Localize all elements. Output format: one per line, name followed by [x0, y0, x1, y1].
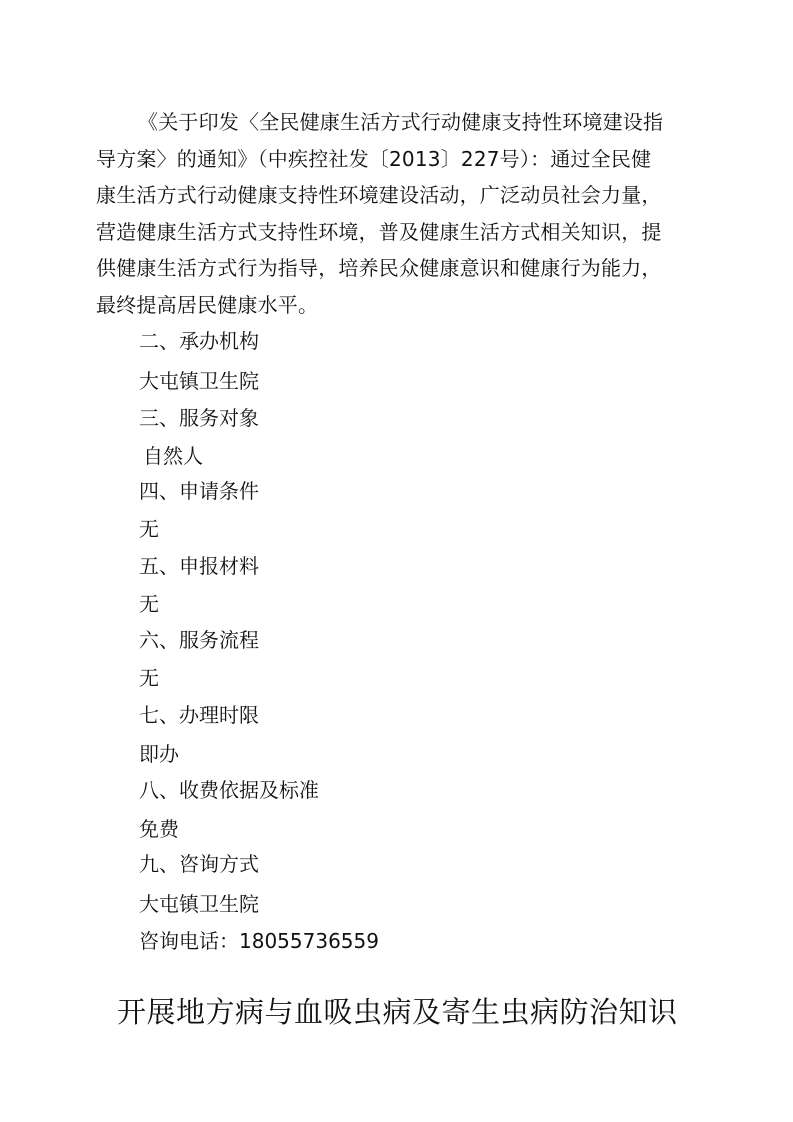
section-heading-process: 六、服务流程 [139, 626, 259, 654]
paragraph-line: 最终提高居民健康水平。 [96, 287, 688, 324]
section-content-organizer: 大屯镇卫生院 [139, 367, 259, 395]
section-content-contact-org: 大屯镇卫生院 [139, 890, 259, 918]
section-heading-conditions: 四、申请条件 [139, 477, 259, 505]
section-heading-service-target: 三、服务对象 [139, 404, 259, 432]
contact-phone: 咨询电话：18055736559 [139, 927, 379, 955]
paragraph-line: 康生活方式行动健康支持性环境建设活动，广泛动员社会力量， [96, 177, 688, 214]
section-content-process: 无 [139, 664, 159, 692]
section-heading-fees: 八、收费依据及标准 [139, 776, 319, 804]
section-heading-time-limit: 七、办理时限 [139, 701, 259, 729]
section-content-conditions: 无 [139, 515, 159, 543]
paragraph-line: 《关于印发〈全民健康生活方式行动健康支持性环境建设指 [96, 104, 688, 141]
section-content-fees: 免费 [139, 815, 179, 843]
intro-paragraph: 《关于印发〈全民健康生活方式行动健康支持性环境建设指 导方案〉的通知》（中疾控社… [96, 104, 688, 324]
paragraph-line: 导方案〉的通知》（中疾控社发〔2013〕227号）：通过全民健 [96, 141, 688, 178]
section-heading-materials: 五、申报材料 [139, 552, 259, 580]
section-heading-contact: 九、咨询方式 [139, 850, 259, 878]
document-page: 《关于印发〈全民健康生活方式行动健康支持性环境建设指 导方案〉的通知》（中疾控社… [0, 0, 793, 1122]
paragraph-line: 营造健康生活方式支持性环境，普及健康生活方式相关知识，提 [96, 214, 688, 251]
section-heading-organizer: 二、承办机构 [139, 327, 259, 355]
paragraph-line: 供健康生活方式行为指导，培养民众健康意识和健康行为能力， [96, 250, 688, 287]
section-content-service-target: 自然人 [143, 442, 203, 470]
next-section-title: 开展地方病与血吸虫病及寄生虫病防治知识 [117, 992, 678, 1032]
section-content-time-limit: 即办 [139, 740, 179, 768]
section-content-materials: 无 [139, 590, 159, 618]
